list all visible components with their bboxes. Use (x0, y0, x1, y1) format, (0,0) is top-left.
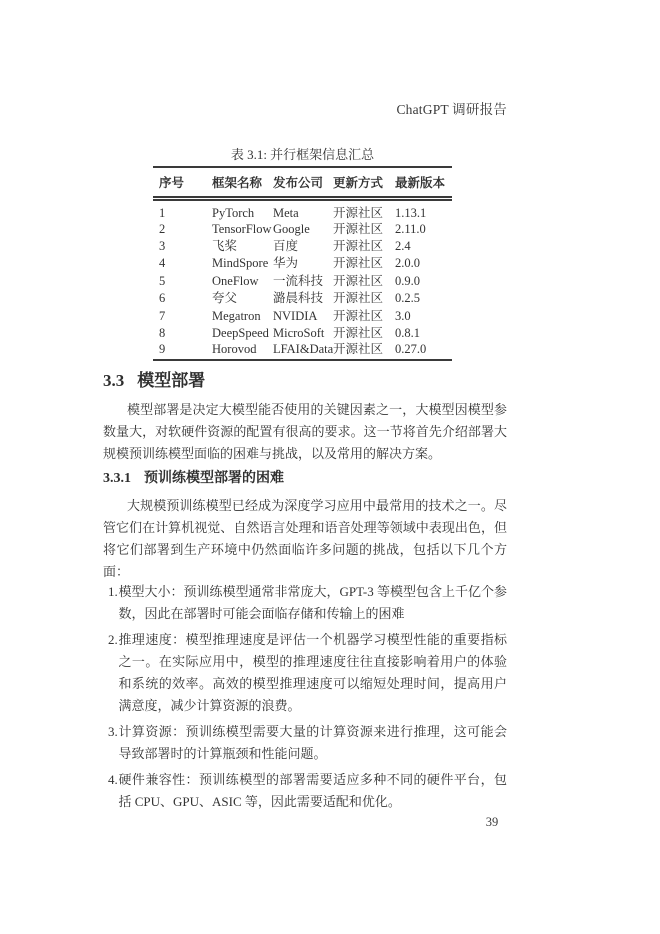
list-item-text: 推理速度：模型推理速度是评估一个机器学习模型性能的重要指标之一。在实际应用中，模… (119, 632, 508, 713)
document-page: ChatGPT 调研报告 表 3.1: 并行框架信息汇总 序号 框架名称 发布公… (0, 0, 660, 934)
table-cell: 开源社区 (327, 307, 389, 324)
table-cell: 一流科技 (267, 272, 327, 289)
table-row: 8 DeepSpeed MicroSoft 开源社区 0.8.1 (153, 324, 452, 341)
table-cell: 2 (153, 220, 206, 237)
table-cell: 开源社区 (327, 342, 389, 360)
table-row: 6 夸父 潞晨科技 开源社区 0.2.5 (153, 290, 452, 307)
table-row: 2 TensorFlow Google 开源社区 2.11.0 (153, 220, 452, 237)
section-title: 模型部署 (137, 371, 205, 390)
list-item-number: 3. (108, 721, 118, 743)
list-item-text: 模型大小：预训练模型通常非常庞大，GPT-3 等模型包含上千亿个参数，因此在部署… (119, 584, 508, 621)
list-item-number: 1. (108, 581, 118, 603)
table-block: 表 3.1: 并行框架信息汇总 序号 框架名称 发布公司 更新方式 最新版本 1… (153, 147, 452, 361)
table-cell: 5 (153, 272, 206, 289)
table-cell: 4 (153, 255, 206, 272)
table-cell: Horovod (206, 342, 267, 360)
table-header-cell: 框架名称 (206, 167, 267, 199)
table-cell: NVIDIA (267, 307, 327, 324)
page-number: 39 (477, 815, 507, 830)
list-item: 4. 硬件兼容性：预训练模型的部署需要适应多种不同的硬件平台，包括 CPU、GP… (103, 769, 507, 813)
table-cell: 2.4 (389, 237, 452, 254)
table-row: 7 Megatron NVIDIA 开源社区 3.0 (153, 307, 452, 324)
table-header-cell: 更新方式 (327, 167, 389, 199)
table-cell: Meta (267, 199, 327, 221)
list-item-number: 4. (108, 769, 118, 791)
list-item: 1. 模型大小：预训练模型通常非常庞大，GPT-3 等模型包含上千亿个参数，因此… (103, 581, 507, 625)
subsection-title: 预训练模型部署的困难 (144, 471, 284, 486)
table-cell: 开源社区 (327, 290, 389, 307)
list-item: 3. 计算资源：预训练模型需要大量的计算资源来进行推理，这可能会导致部署时的计算… (103, 721, 507, 765)
table-cell: 2.11.0 (389, 220, 452, 237)
table-cell: 2.0.0 (389, 255, 452, 272)
table-cell: DeepSpeed (206, 324, 267, 341)
table-cell: 1 (153, 199, 206, 221)
table-row: 4 MindSpore 华为 开源社区 2.0.0 (153, 255, 452, 272)
table-cell: MindSpore (206, 255, 267, 272)
table-header-cell: 序号 (153, 167, 206, 199)
table-row: 3 飞桨 百度 开源社区 2.4 (153, 237, 452, 254)
table-cell: 开源社区 (327, 255, 389, 272)
subsection-heading: 3.3.1预训练模型部署的困难 (103, 470, 507, 488)
parallel-frameworks-table: 序号 框架名称 发布公司 更新方式 最新版本 1 PyTorch Meta 开源… (153, 166, 452, 361)
table-cell: 0.9.0 (389, 272, 452, 289)
table-cell: 开源社区 (327, 199, 389, 221)
table-cell: 0.27.0 (389, 342, 452, 360)
table-cell: 7 (153, 307, 206, 324)
table-row: 5 OneFlow 一流科技 开源社区 0.9.0 (153, 272, 452, 289)
table-cell: 6 (153, 290, 206, 307)
table-cell: 百度 (267, 237, 327, 254)
table-header-cell: 最新版本 (389, 167, 452, 199)
subsection-number: 3.3.1 (103, 471, 131, 486)
table-header-cell: 发布公司 (267, 167, 327, 199)
table-cell: 0.8.1 (389, 324, 452, 341)
table-caption: 表 3.1: 并行框架信息汇总 (153, 147, 452, 163)
table-row: 9 Horovod LFAI&Data 开源社区 0.27.0 (153, 342, 452, 360)
table-cell: 9 (153, 342, 206, 360)
section-number: 3.3 (103, 371, 124, 390)
challenges-list: 1. 模型大小：预训练模型通常非常庞大，GPT-3 等模型包含上千亿个参数，因此… (103, 581, 507, 817)
table-cell: 开源社区 (327, 324, 389, 341)
list-item-number: 2. (108, 629, 118, 651)
table-cell: LFAI&Data (267, 342, 327, 360)
table-cell: OneFlow (206, 272, 267, 289)
paragraph: 大规模预训练模型已经成为深度学习应用中最常用的技术之一。尽管它们在计算机视觉、自… (103, 495, 507, 583)
table-cell: 3.0 (389, 307, 452, 324)
table-row: 1 PyTorch Meta 开源社区 1.13.1 (153, 199, 452, 221)
table-cell: Google (267, 220, 327, 237)
table-cell: MicroSoft (267, 324, 327, 341)
list-item: 2. 推理速度：模型推理速度是评估一个机器学习模型性能的重要指标之一。在实际应用… (103, 629, 507, 717)
table-cell: 开源社区 (327, 237, 389, 254)
table-cell: 潞晨科技 (267, 290, 327, 307)
table-cell: 3 (153, 237, 206, 254)
table-cell: 华为 (267, 255, 327, 272)
table-cell: PyTorch (206, 199, 267, 221)
section-heading: 3.3模型部署 (103, 371, 507, 391)
table-header-row: 序号 框架名称 发布公司 更新方式 最新版本 (153, 167, 452, 199)
table-cell: 开源社区 (327, 220, 389, 237)
table-cell: 夸父 (206, 290, 267, 307)
table-cell: 1.13.1 (389, 199, 452, 221)
table-cell: 0.2.5 (389, 290, 452, 307)
table-cell: 8 (153, 324, 206, 341)
table-cell: Megatron (206, 307, 267, 324)
list-item-text: 硬件兼容性：预训练模型的部署需要适应多种不同的硬件平台，包括 CPU、GPU、A… (119, 772, 508, 809)
paragraph: 模型部署是决定大模型能否使用的关键因素之一，大模型因模型参数量大，对软硬件资源的… (103, 399, 507, 465)
table-cell: TensorFlow (206, 220, 267, 237)
table-cell: 开源社区 (327, 272, 389, 289)
list-item-text: 计算资源：预训练模型需要大量的计算资源来进行推理，这可能会导致部署时的计算瓶颈和… (119, 724, 508, 761)
running-header: ChatGPT 调研报告 (103, 102, 507, 118)
table-cell: 飞桨 (206, 237, 267, 254)
